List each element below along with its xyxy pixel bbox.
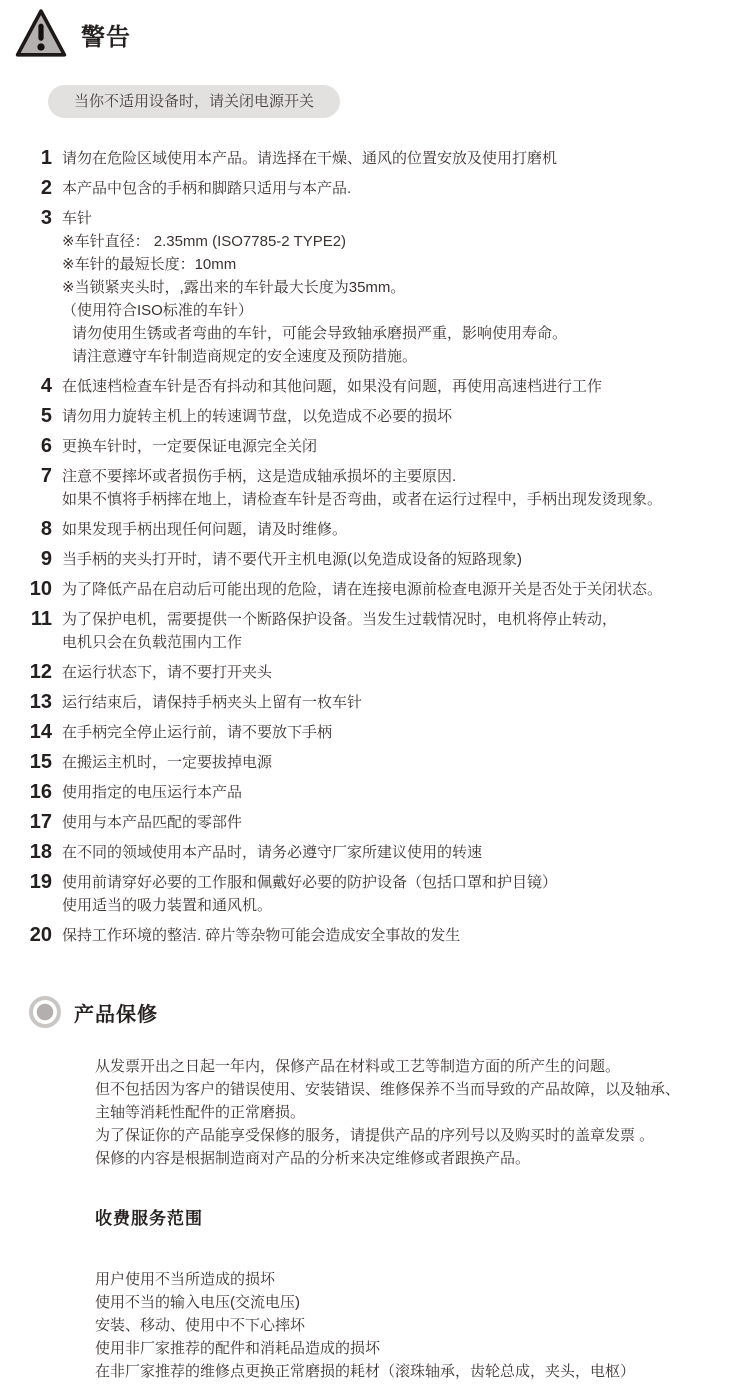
list-item: 8如果发现手柄出现任何问题，请及时维修。 bbox=[19, 518, 750, 541]
section-bullet-icon bbox=[29, 996, 61, 1028]
item-number: 9 bbox=[19, 548, 52, 571]
item-line: 为了降低产品在启动后可能出现的危险，请在连接电源前检查电源开关是否处于关闭状态。 bbox=[62, 578, 662, 601]
warranty-title: 产品保修 bbox=[74, 998, 158, 1027]
list-item: 18在不同的领域使用本产品时，请务必遵守厂家所建议使用的转速 bbox=[19, 841, 750, 864]
item-number: 7 bbox=[19, 465, 52, 511]
item-text: 请勿用力旋转主机上的转速调节盘，以免造成不必要的损坏 bbox=[62, 405, 452, 428]
paid-service-list: 用户使用不当所造成的损坏使用不当的输入电压(交流电压)安装、移动、使用中不下心摔… bbox=[95, 1268, 750, 1383]
item-text: 保持工作环境的整洁. 碎片等杂物可能会造成安全事故的发生 bbox=[62, 924, 460, 947]
list-item: 2本产品中包含的手柄和脚踏只适用与本产品. bbox=[19, 177, 750, 200]
warranty-paragraph: 从发票开出之日起一年内，保修产品在材料或工艺等制造方面的所产生的问题。但不包括因… bbox=[95, 1055, 750, 1170]
item-line: 使用与本产品匹配的零部件 bbox=[62, 811, 242, 834]
list-item: 13运行结束后，请保持手柄夹头上留有一枚车针 bbox=[19, 691, 750, 714]
item-number: 18 bbox=[19, 841, 52, 864]
item-line: 为了保护电机，需要提供一个断路保护设备。当发生过载情况时，电机将停止转动， bbox=[62, 608, 617, 631]
item-line: 在低速档检查车针是否有抖动和其他问题，如果没有问题，再使用高速档进行工作 bbox=[62, 375, 602, 398]
item-text: 本产品中包含的手柄和脚踏只适用与本产品. bbox=[62, 177, 351, 200]
list-item: 11为了保护电机，需要提供一个断路保护设备。当发生过载情况时，电机将停止转动，电… bbox=[19, 608, 750, 654]
item-number: 14 bbox=[19, 721, 52, 744]
warning-header: 警告 bbox=[0, 0, 750, 60]
item-number: 6 bbox=[19, 435, 52, 458]
item-number: 2 bbox=[19, 177, 52, 200]
list-item: 9当手柄的夹头打开时，请不要代开主机电源(以免造成设备的短路现象) bbox=[19, 548, 750, 571]
item-line: 请注意遵守车针制造商规定的安全速度及预防措施。 bbox=[62, 345, 567, 368]
item-line: ※车针的最短长度：10mm bbox=[62, 253, 567, 276]
item-text: 在不同的领域使用本产品时，请务必遵守厂家所建议使用的转速 bbox=[62, 841, 482, 864]
item-text: 更换车针时，一定要保证电源完全关闭 bbox=[62, 435, 317, 458]
item-text: 当手柄的夹头打开时，请不要代开主机电源(以免造成设备的短路现象) bbox=[62, 548, 522, 571]
item-line: 电机只会在负载范围内工作 bbox=[62, 631, 617, 654]
service-line: 在非厂家推荐的维修点更换正常磨损的耗材（滚珠轴承，齿轮总成，夹头，电枢） bbox=[95, 1360, 750, 1383]
service-line: 使用非厂家推荐的配件和消耗品造成的损坏 bbox=[95, 1337, 750, 1360]
item-line: ※当锁紧夹头时，,露出来的车针最大长度为35mm。 bbox=[62, 276, 567, 299]
item-number: 20 bbox=[19, 924, 52, 947]
item-line: 在手柄完全停止运行前，请不要放下手柄 bbox=[62, 721, 332, 744]
item-text: 注意不要摔坏或者损伤手柄，这是造成轴承损坏的主要原因.如果不慎将手柄摔在地上，请… bbox=[62, 465, 662, 511]
item-line: （使用符合ISO标准的车针） bbox=[62, 299, 567, 322]
service-line: 用户使用不当所造成的损坏 bbox=[95, 1268, 750, 1291]
item-line: 注意不要摔坏或者损伤手柄，这是造成轴承损坏的主要原因. bbox=[62, 465, 662, 488]
item-number: 4 bbox=[19, 375, 52, 398]
safety-instructions-list: 1请勿在危险区域使用本产品。请选择在干燥、通风的位置安放及使用打磨机2本产品中包… bbox=[19, 147, 750, 947]
item-line: 使用前请穿好必要的工作服和佩戴好必要的防护设备（包括口罩和护目镜） bbox=[62, 871, 557, 894]
item-line: 如果不慎将手柄摔在地上，请检查车针是否弯曲，或者在运行过程中，手柄出现发烫现象。 bbox=[62, 488, 662, 511]
item-number: 8 bbox=[19, 518, 52, 541]
item-line: 请勿用力旋转主机上的转速调节盘，以免造成不必要的损坏 bbox=[62, 405, 452, 428]
item-line: 车针 bbox=[62, 207, 567, 230]
item-line: 在运行状态下，请不要打开夹头 bbox=[62, 661, 272, 684]
item-number: 5 bbox=[19, 405, 52, 428]
list-item: 15在搬运主机时，一定要拔掉电源 bbox=[19, 751, 750, 774]
item-number: 17 bbox=[19, 811, 52, 834]
item-number: 11 bbox=[19, 608, 52, 654]
warranty-line: 保修的内容是根据制造商对产品的分析来决定维修或者跟换产品。 bbox=[95, 1147, 750, 1170]
list-item: 4在低速档检查车针是否有抖动和其他问题，如果没有问题，再使用高速档进行工作 bbox=[19, 375, 750, 398]
warranty-line: 但不包括因为客户的错误使用、安装错误、维修保养不当而导致的产品故障，以及轴承、 bbox=[95, 1078, 750, 1101]
item-number: 15 bbox=[19, 751, 52, 774]
item-line: 使用指定的电压运行本产品 bbox=[62, 781, 242, 804]
item-text: 为了保护电机，需要提供一个断路保护设备。当发生过载情况时，电机将停止转动，电机只… bbox=[62, 608, 617, 654]
list-item: 14在手柄完全停止运行前，请不要放下手柄 bbox=[19, 721, 750, 744]
list-item: 16使用指定的电压运行本产品 bbox=[19, 781, 750, 804]
item-text: 使用与本产品匹配的零部件 bbox=[62, 811, 242, 834]
power-off-notice: 当你不适用设备时，请关闭电源开关 bbox=[48, 85, 340, 118]
item-line: 在搬运主机时，一定要拔掉电源 bbox=[62, 751, 272, 774]
item-line: 当手柄的夹头打开时，请不要代开主机电源(以免造成设备的短路现象) bbox=[62, 548, 522, 571]
list-item: 1请勿在危险区域使用本产品。请选择在干燥、通风的位置安放及使用打磨机 bbox=[19, 147, 750, 170]
item-text: 在手柄完全停止运行前，请不要放下手柄 bbox=[62, 721, 332, 744]
item-text: 使用前请穿好必要的工作服和佩戴好必要的防护设备（包括口罩和护目镜）使用适当的吸力… bbox=[62, 871, 557, 917]
warning-title: 警告 bbox=[81, 17, 131, 52]
warranty-line: 为了保证你的产品能享受保修的服务，请提供产品的序列号以及购买时的盖章发票 。 bbox=[95, 1124, 750, 1147]
item-text: 车针※车针直径： 2.35mm (ISO7785-2 TYPE2)※车针的最短长… bbox=[62, 207, 567, 368]
item-text: 如果发现手柄出现任何问题，请及时维修。 bbox=[62, 518, 347, 541]
item-line: 请勿使用生锈或者弯曲的车针，可能会导致轴承磨损严重，影响使用寿命。 bbox=[62, 322, 567, 345]
list-item: 19使用前请穿好必要的工作服和佩戴好必要的防护设备（包括口罩和护目镜）使用适当的… bbox=[19, 871, 750, 917]
item-line: 更换车针时，一定要保证电源完全关闭 bbox=[62, 435, 317, 458]
item-line: 如果发现手柄出现任何问题，请及时维修。 bbox=[62, 518, 347, 541]
item-text: 在运行状态下，请不要打开夹头 bbox=[62, 661, 272, 684]
service-line: 安装、移动、使用中不下心摔坏 bbox=[95, 1314, 750, 1337]
item-line: ※车针直径： 2.35mm (ISO7785-2 TYPE2) bbox=[62, 230, 567, 253]
item-number: 19 bbox=[19, 871, 52, 917]
warranty-section-header: 产品保修 bbox=[29, 996, 750, 1028]
paid-service-title: 收费服务范围 bbox=[95, 1204, 750, 1229]
item-line: 请勿在危险区域使用本产品。请选择在干燥、通风的位置安放及使用打磨机 bbox=[62, 147, 557, 170]
item-line: 本产品中包含的手柄和脚踏只适用与本产品. bbox=[62, 177, 351, 200]
item-number: 12 bbox=[19, 661, 52, 684]
service-line: 使用不当的输入电压(交流电压) bbox=[95, 1291, 750, 1314]
list-item: 12在运行状态下，请不要打开夹头 bbox=[19, 661, 750, 684]
warning-triangle-icon bbox=[15, 8, 67, 60]
manual-page: 警告 当你不适用设备时，请关闭电源开关 1请勿在危险区域使用本产品。请选择在干燥… bbox=[0, 0, 750, 1399]
item-text: 使用指定的电压运行本产品 bbox=[62, 781, 242, 804]
item-text: 为了降低产品在启动后可能出现的危险，请在连接电源前检查电源开关是否处于关闭状态。 bbox=[62, 578, 662, 601]
list-item: 5请勿用力旋转主机上的转速调节盘，以免造成不必要的损坏 bbox=[19, 405, 750, 428]
item-line: 使用适当的吸力装置和通风机。 bbox=[62, 894, 557, 917]
list-item: 6更换车针时，一定要保证电源完全关闭 bbox=[19, 435, 750, 458]
list-item: 7注意不要摔坏或者损伤手柄，这是造成轴承损坏的主要原因.如果不慎将手柄摔在地上，… bbox=[19, 465, 750, 511]
list-item: 17使用与本产品匹配的零部件 bbox=[19, 811, 750, 834]
item-text: 在低速档检查车针是否有抖动和其他问题，如果没有问题，再使用高速档进行工作 bbox=[62, 375, 602, 398]
item-text: 运行结束后，请保持手柄夹头上留有一枚车针 bbox=[62, 691, 362, 714]
item-number: 1 bbox=[19, 147, 52, 170]
item-text: 请勿在危险区域使用本产品。请选择在干燥、通风的位置安放及使用打磨机 bbox=[62, 147, 557, 170]
item-number: 3 bbox=[19, 207, 52, 368]
item-number: 13 bbox=[19, 691, 52, 714]
list-item: 10为了降低产品在启动后可能出现的危险，请在连接电源前检查电源开关是否处于关闭状… bbox=[19, 578, 750, 601]
item-line: 保持工作环境的整洁. 碎片等杂物可能会造成安全事故的发生 bbox=[62, 924, 460, 947]
warranty-line: 主轴等消耗性配件的正常磨损。 bbox=[95, 1101, 750, 1124]
warranty-line: 从发票开出之日起一年内，保修产品在材料或工艺等制造方面的所产生的问题。 bbox=[95, 1055, 750, 1078]
item-number: 16 bbox=[19, 781, 52, 804]
list-item: 3车针※车针直径： 2.35mm (ISO7785-2 TYPE2)※车针的最短… bbox=[19, 207, 750, 368]
item-line: 运行结束后，请保持手柄夹头上留有一枚车针 bbox=[62, 691, 362, 714]
item-text: 在搬运主机时，一定要拔掉电源 bbox=[62, 751, 272, 774]
item-number: 10 bbox=[19, 578, 52, 601]
item-line: 在不同的领域使用本产品时，请务必遵守厂家所建议使用的转速 bbox=[62, 841, 482, 864]
list-item: 20保持工作环境的整洁. 碎片等杂物可能会造成安全事故的发生 bbox=[19, 924, 750, 947]
